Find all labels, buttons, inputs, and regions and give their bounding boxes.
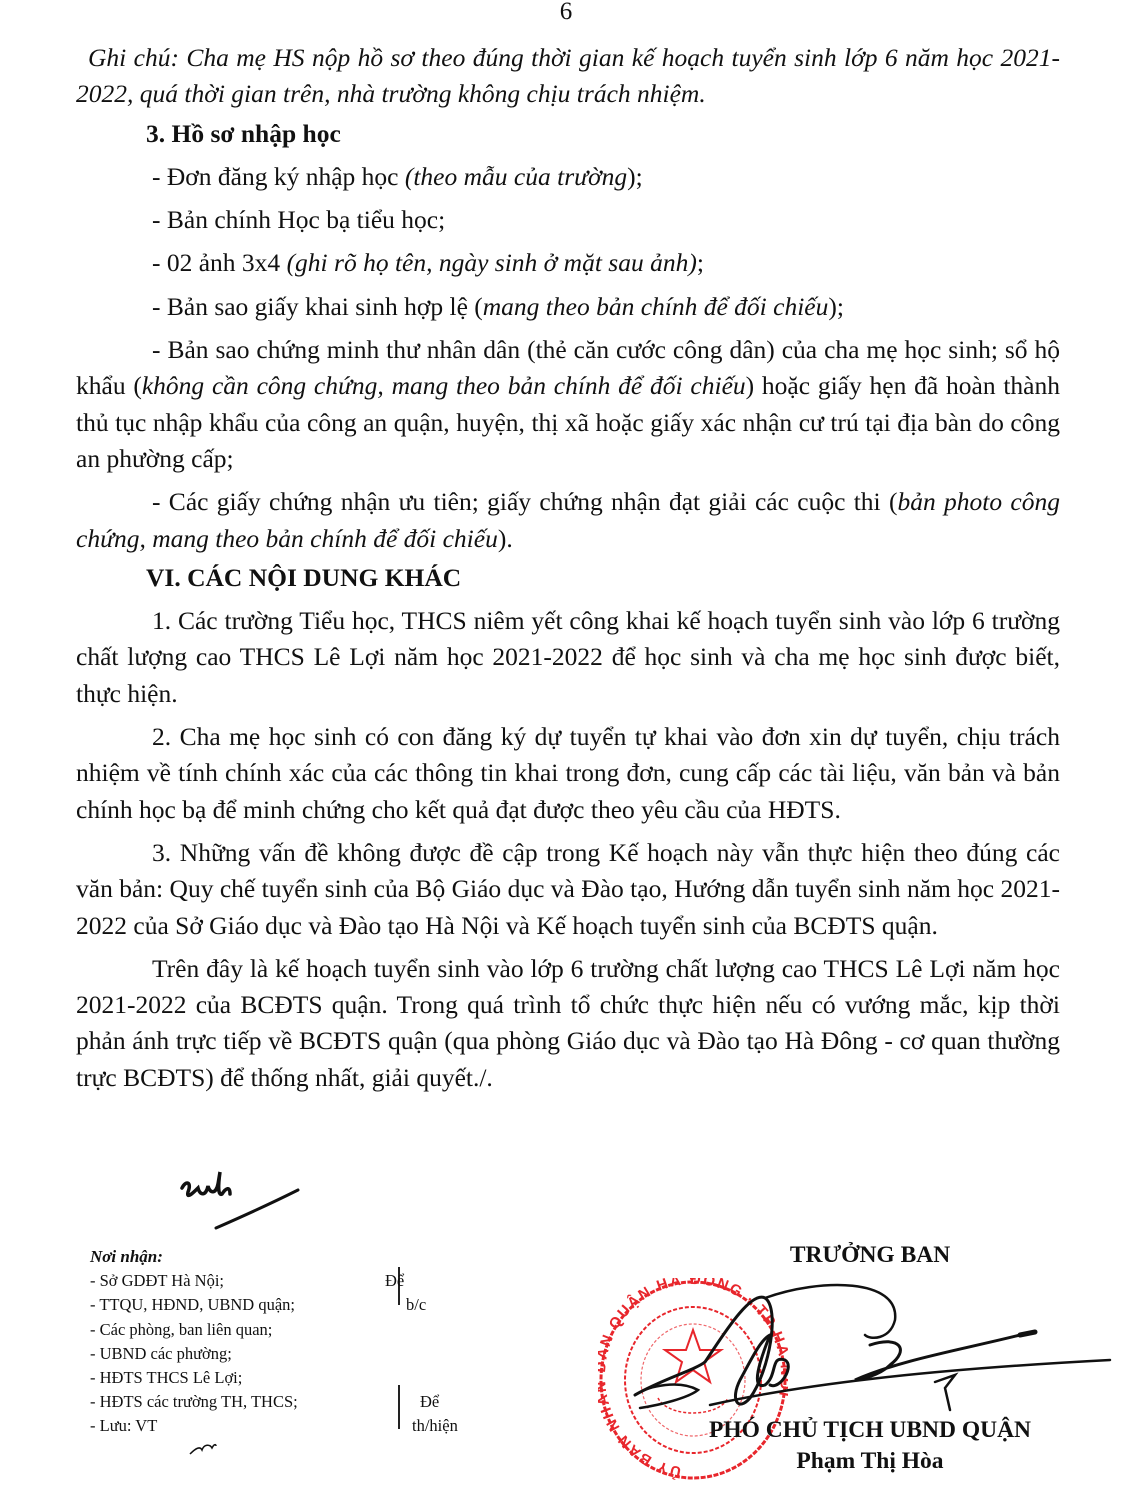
page-number: 6 bbox=[0, 0, 1132, 28]
recipient-item: - TTQU, HĐND, UBND quận; bbox=[90, 1293, 510, 1317]
signer-role: TRƯỞNG BAN bbox=[600, 1240, 1100, 1270]
note-text: Cha mẹ HS nộp hồ sơ theo đúng thời gian … bbox=[76, 43, 1060, 108]
note-label: Ghi chú: bbox=[88, 43, 179, 72]
file-initial-icon bbox=[188, 1440, 218, 1460]
closing-paragraph: Trên đây là kế hoạch tuyển sinh vào lớp … bbox=[76, 951, 1060, 1096]
recipient-item: - HĐTS các trường TH, THCS; bbox=[90, 1390, 510, 1414]
document-item-1: - Đơn đăng ký nhập học (theo mẫu của trư… bbox=[76, 159, 1060, 195]
recipient-item: - Các phòng, ban liên quan; bbox=[90, 1318, 510, 1342]
section-6-paragraph-2: 2. Cha mẹ học sinh có con đăng ký dự tuy… bbox=[76, 719, 1060, 828]
document-item-3: - 02 ảnh 3x4 (ghi rõ họ tên, ngày sinh ở… bbox=[76, 245, 1060, 281]
recipient-item: - Sở GDĐT Hà Nội; bbox=[90, 1269, 510, 1293]
bracket-divider bbox=[398, 1385, 400, 1429]
initial-signature-icon bbox=[168, 1170, 308, 1240]
section-6-heading: VI. CÁC NỘI DUNG KHÁC bbox=[76, 560, 1060, 596]
document-item-6: - Các giấy chứng nhận ưu tiên; giấy chứn… bbox=[76, 484, 1060, 557]
section-6-paragraph-3: 3. Những vấn đề không được đề cập trong … bbox=[76, 835, 1060, 944]
group-a-note: Để bbox=[385, 1269, 404, 1293]
handwritten-signature-icon bbox=[600, 1280, 1120, 1450]
group-a-note: b/c bbox=[406, 1293, 426, 1317]
group-b-note: th/hiện bbox=[412, 1414, 458, 1438]
document-item-2: - Bản chính Học bạ tiểu học; bbox=[76, 202, 1060, 238]
document-item-5: - Bản sao chứng minh thư nhân dân (thẻ c… bbox=[76, 332, 1060, 477]
document-body: Ghi chú: Cha mẹ HS nộp hồ sơ theo đúng t… bbox=[76, 40, 1060, 1096]
group-b-note: Để bbox=[420, 1390, 439, 1414]
recipient-item: - HĐTS THCS Lê Lợi; bbox=[90, 1366, 510, 1390]
recipient-item: - UBND các phường; bbox=[90, 1342, 510, 1366]
recipients-title: Nơi nhận: bbox=[90, 1245, 510, 1269]
section-6-paragraph-1: 1. Các trường Tiểu học, THCS niêm yết cô… bbox=[76, 603, 1060, 712]
document-item-4: - Bản sao giấy khai sinh hợp lệ (mang th… bbox=[76, 289, 1060, 325]
signer-name: Phạm Thị Hòa bbox=[600, 1446, 1100, 1476]
note-paragraph: Ghi chú: Cha mẹ HS nộp hồ sơ theo đúng t… bbox=[76, 40, 1060, 113]
recipients-block: Nơi nhận: - Sở GDĐT Hà Nội; - TTQU, HĐND… bbox=[90, 1245, 510, 1439]
section-3-heading: 3. Hồ sơ nhập học bbox=[76, 116, 1060, 152]
